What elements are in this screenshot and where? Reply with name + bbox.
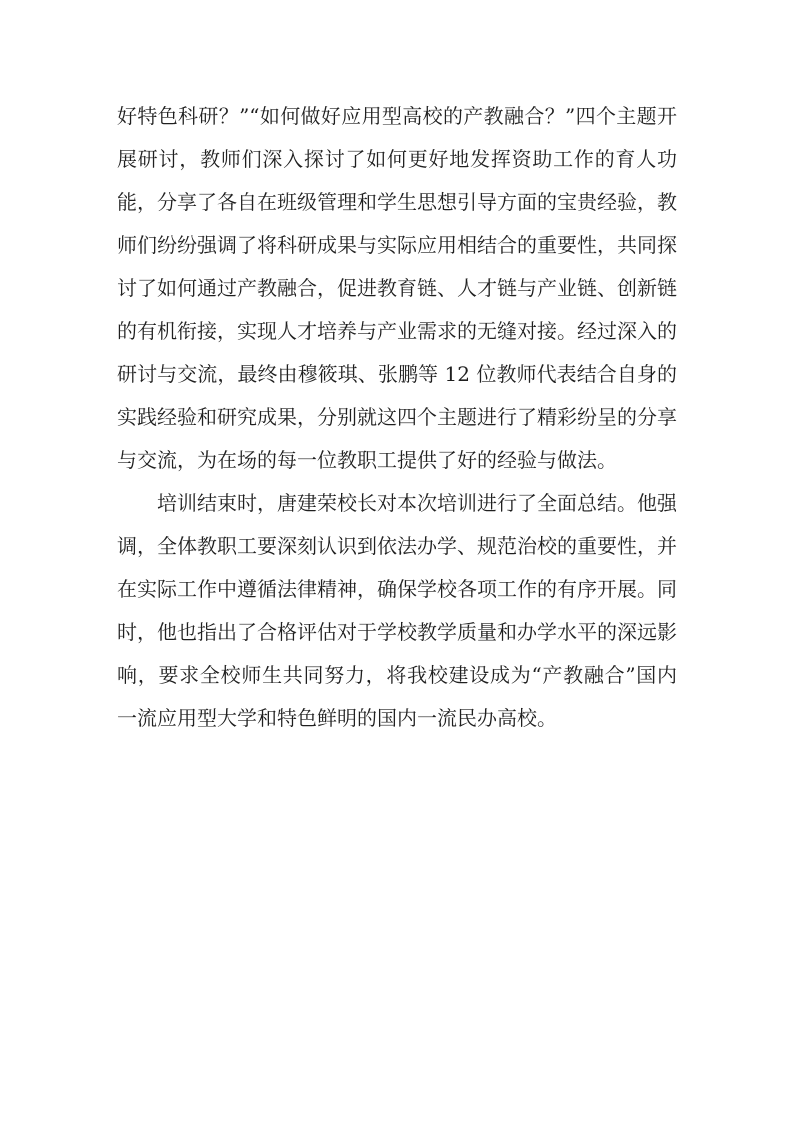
document-text-block: 好特色科研？”“如何做好应用型高校的产教融合？”四个主题开展研讨，教师们深入探讨…: [117, 95, 677, 740]
paragraph-continuation: 好特色科研？”“如何做好应用型高校的产教融合？”四个主题开展研讨，教师们深入探讨…: [117, 95, 677, 482]
document-page: 好特色科研？”“如何做好应用型高校的产教融合？”四个主题开展研讨，教师们深入探讨…: [0, 0, 793, 1122]
paragraph-training-summary: 培训结束时，唐建荣校长对本次培训进行了全面总结。他强调，全体教职工要深刻认识到依…: [117, 482, 677, 740]
